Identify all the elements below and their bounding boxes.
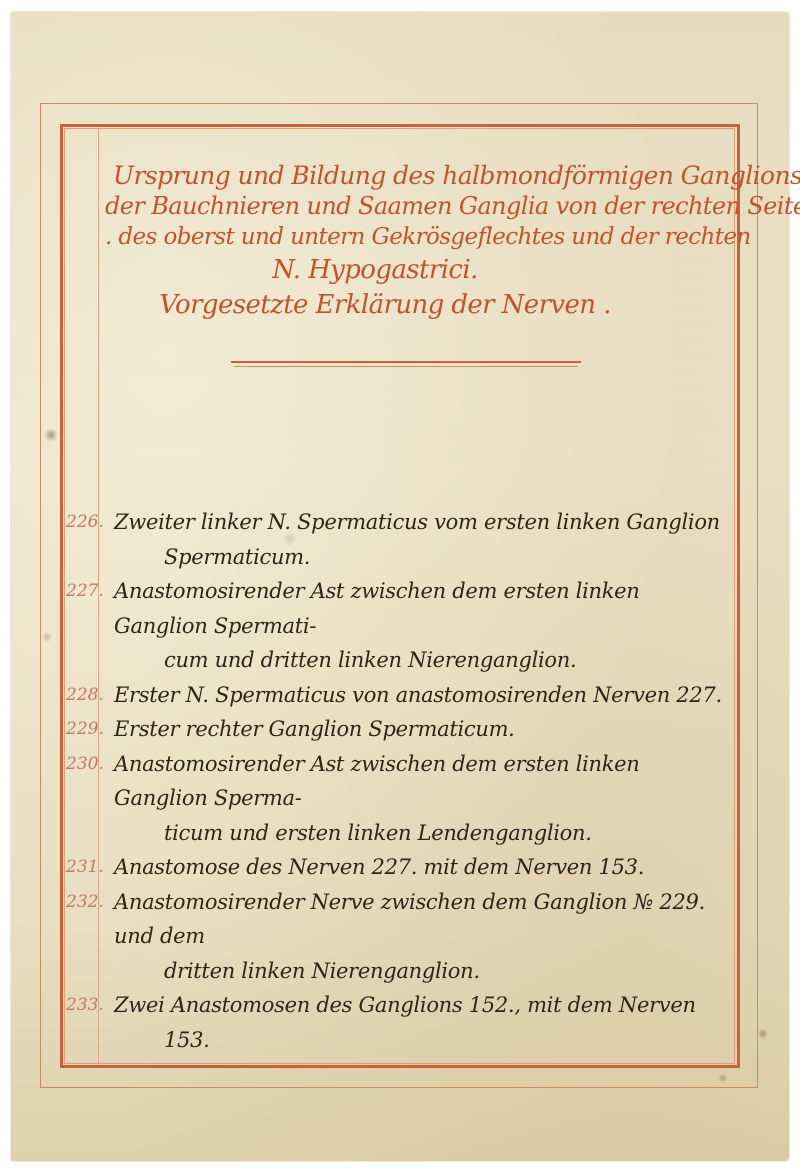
- entry-text-line-1: Anastomosirender Nerve zwischen dem Gang…: [114, 890, 705, 949]
- entry-number: 226.: [66, 512, 99, 532]
- title-line-3: . des oberst und untern Gekrösgeflechtes…: [105, 222, 725, 253]
- title-line-2: der Bauchnieren und Saamen Ganglia von d…: [105, 191, 725, 222]
- list-item: 233. Zwei Anastomosen des Ganglions 152.…: [66, 988, 731, 1057]
- title-underline-thick: [231, 361, 581, 363]
- entry-text-line-2: dritten linken Nierenganglion.: [114, 954, 731, 989]
- entry-text-line-1: Erster rechter Ganglion Spermaticum.: [114, 717, 515, 741]
- title-underline-thin: [234, 366, 578, 367]
- list-item: 231. Anastomose des Nerven 227. mit dem …: [66, 850, 731, 885]
- list-item: 227. Anastomosirender Ast zwischen dem e…: [66, 574, 731, 678]
- entry-text-line-1: Zweiter linker N. Spermaticus vom ersten…: [114, 510, 720, 534]
- entry-text-line-1: Zwei Anastomosen des Ganglions 152., mit…: [114, 993, 696, 1017]
- list-item: 228. Erster N. Spermaticus von anastomos…: [66, 678, 731, 713]
- list-item: 232. Anastomosirender Nerve zwischen dem…: [66, 885, 731, 989]
- entry-number: 228.: [66, 685, 99, 705]
- title-line-4: N. Hypogastrici.: [105, 255, 725, 286]
- entry-text-line-1: Anastomosirender Ast zwischen dem ersten…: [114, 752, 640, 811]
- entry-text-line-2: ticum und ersten linken Lendenganglion.: [114, 816, 731, 851]
- entry-text-line-1: Erster N. Spermaticus von anastomosirend…: [114, 683, 722, 707]
- entry-text-line-2: cum und dritten linken Nierenganglion.: [114, 643, 731, 678]
- nerve-entry-list: 226. Zweiter linker N. Spermaticus vom e…: [66, 505, 731, 1057]
- entry-text-line-1: Anastomose des Nerven 227. mit dem Nerve…: [114, 855, 644, 879]
- entry-text-line-1: Anastomosirender Ast zwischen dem ersten…: [114, 579, 640, 638]
- title-line-1: Ursprung und Bildung des halbmondförmige…: [105, 160, 725, 191]
- page-title: Ursprung und Bildung des halbmondförmige…: [105, 160, 725, 321]
- ink-stain: [758, 1030, 768, 1040]
- entry-text-line-2: 153.: [114, 1023, 731, 1058]
- entry-number: 229.: [66, 719, 99, 739]
- list-item: 226. Zweiter linker N. Spermaticus vom e…: [66, 505, 731, 574]
- title-subheading: Vorgesetzte Erklärung der Nerven .: [105, 290, 725, 321]
- entry-number: 233.: [66, 995, 99, 1015]
- entry-text-line-2: Spermaticum.: [114, 540, 731, 575]
- entry-number: 232.: [66, 892, 99, 912]
- entry-number: 231.: [66, 857, 99, 877]
- list-item: 230. Anastomosirender Ast zwischen dem e…: [66, 747, 731, 851]
- entry-number: 227.: [66, 581, 99, 601]
- entry-number: 230.: [66, 754, 99, 774]
- list-item: 229. Erster rechter Ganglion Spermaticum…: [66, 712, 731, 747]
